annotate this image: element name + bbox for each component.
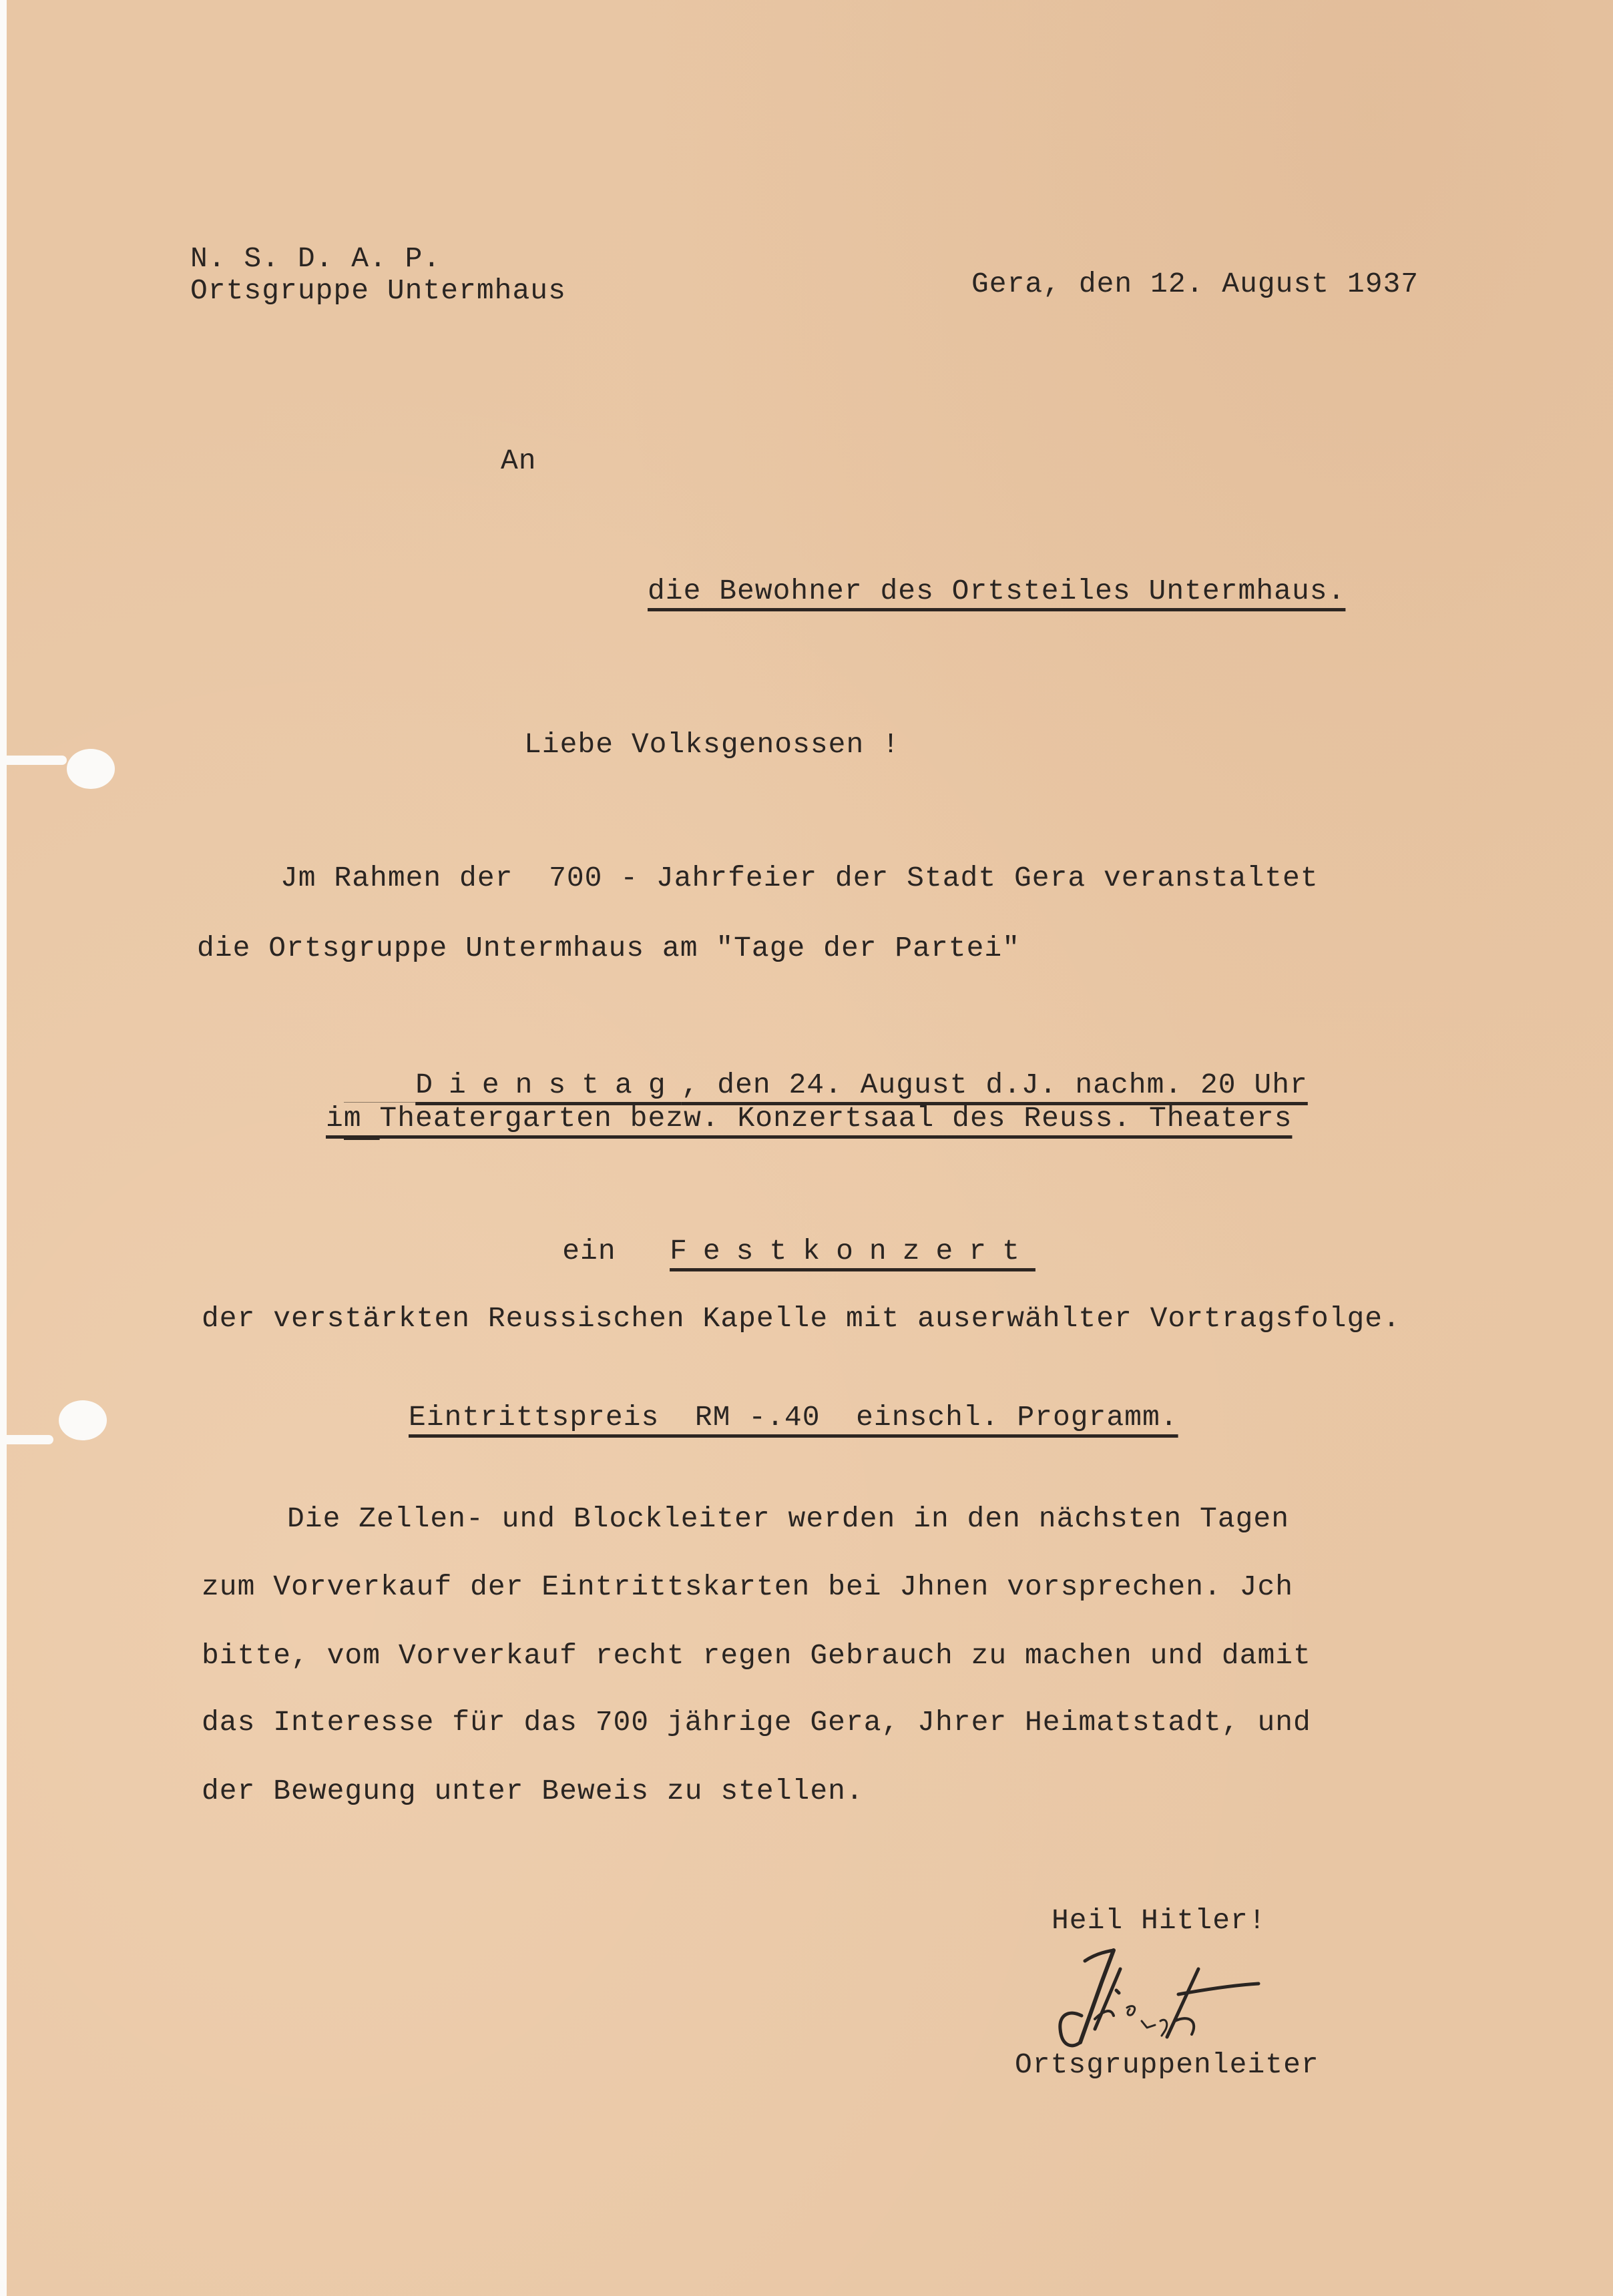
body-intro-line-2: die Ortsgruppe Untermhaus am "Tage der P… [197, 931, 1020, 966]
performer-line: der verstärkten Reussischen Kapelle mit … [202, 1302, 1401, 1336]
punch-hole-tear-top [0, 756, 67, 765]
dateline: Gera, den 12. August 1937 [971, 267, 1419, 302]
event-weekday: Dienstag [415, 1069, 681, 1101]
recipient-addressee: die Bewohner des Ortsteiles Untermhaus. [648, 574, 1345, 609]
event-name: Festkonzert [670, 1235, 1035, 1267]
presale-line-1: Die Zellen- und Blockleiter werden in de… [287, 1502, 1289, 1536]
presale-line-2: zum Vorverkauf der Eintrittskarten bei J… [202, 1570, 1293, 1605]
event-heading: ein Festkonzert [491, 1199, 1035, 1304]
admission-price: Eintrittspreis RM -.40 einschl. Programm… [409, 1400, 1178, 1435]
presale-line-4: das Interesse für das 700 jährige Gera, … [202, 1705, 1311, 1740]
event-date-rest: , den 24. August d.J. nachm. 20 Uhr [682, 1069, 1308, 1101]
closing-greeting: Heil Hitler! [1052, 1904, 1266, 1938]
event-location: im Theatergarten bezw. Konzertsaal des R… [326, 1101, 1292, 1136]
event-prefix: ein [562, 1235, 616, 1267]
punch-hole-top [67, 749, 115, 789]
body-intro-line-1: Jm Rahmen der 700 - Jahrfeier der Stadt … [280, 861, 1319, 896]
presale-line-5: der Bewegung unter Beweis zu stellen. [202, 1774, 864, 1809]
letterhead-organization: N. S. D. A. P. [190, 242, 441, 276]
recipient-prefix: An [501, 444, 537, 479]
presale-line-3: bitte, vom Vorverkauf recht regen Gebrau… [202, 1639, 1311, 1673]
punch-hole-bottom [59, 1400, 107, 1440]
closing-title: Ortsgruppenleiter [1015, 2048, 1319, 2082]
punch-hole-tear-bottom [0, 1435, 53, 1444]
letterhead-branch: Ortsgruppe Untermhaus [190, 274, 566, 308]
letter-page: N. S. D. A. P. Ortsgruppe Untermhaus Ger… [7, 0, 1613, 2296]
salutation: Liebe Volksgenossen ! [524, 728, 900, 762]
signature-icon [1055, 1942, 1335, 2062]
